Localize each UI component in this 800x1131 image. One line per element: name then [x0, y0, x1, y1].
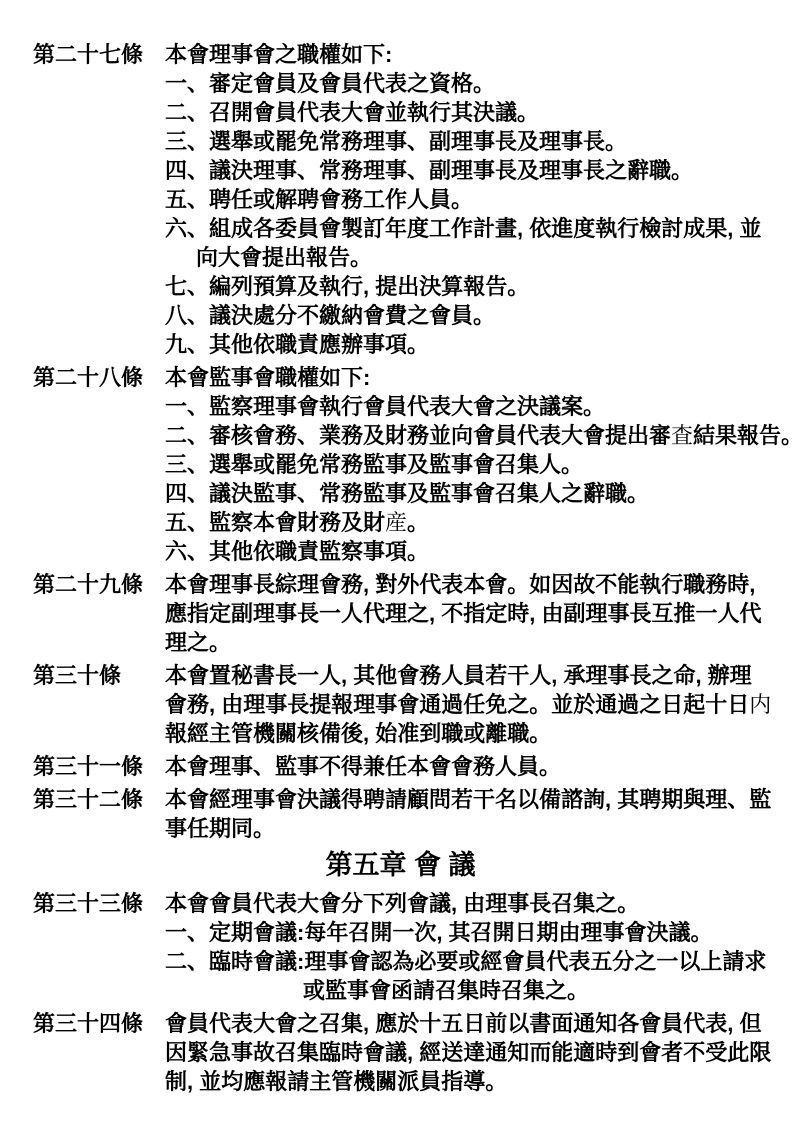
text-line: 本會理事、監事不得兼任本會會務人員。	[165, 752, 792, 781]
article-body: 本會置秘書長一人, 其他會務人員若干人, 承理事長之命, 辦理 會務, 由理事長…	[165, 661, 792, 748]
text-line: 本會理事會之職權如下:	[165, 40, 792, 69]
text-line: 事任期同。	[165, 814, 792, 843]
article-30: 第三十條 本會置秘書長一人, 其他會務人員若干人, 承理事長之命, 辦理 會務,…	[33, 661, 792, 748]
article-label: 第三十條	[33, 661, 165, 748]
article-31: 第三十一條 本會理事、監事不得兼任本會會務人員。	[33, 752, 792, 781]
list-item: 一、審定會員及會員代表之資格。	[165, 69, 792, 98]
list-item: 二、召開會員代表大會並執行其決議。	[165, 98, 792, 127]
article-body: 會員代表大會之召集, 應於十五日前以書面通知各會員代表, 但 因緊急事故召集臨時…	[165, 1009, 792, 1096]
text-segment: 五、監察本會財務及財	[165, 510, 385, 535]
article-body: 本會理事、監事不得兼任本會會務人員。	[165, 752, 792, 781]
list-item: 五、監察本會財務及財産。	[165, 508, 792, 537]
article-label: 第二十八條	[33, 363, 165, 566]
alt-glyph: 内	[749, 692, 771, 717]
list-item: 二、審核會務、業務及財務並向會員代表大會提出審査結果報告。	[165, 421, 792, 450]
text-segment: 二、審核會務、業務及財務並向會員代表大會提出審	[165, 423, 671, 448]
article-27: 第二十七條 本會理事會之職權如下: 一、審定會員及會員代表之資格。 二、召開會員…	[33, 40, 792, 359]
text-line: 本會監事會職權如下:	[165, 363, 792, 392]
list-item: 六、組成各委員會製訂年度工作計畫, 依進度執行檢討成果, 並	[165, 214, 792, 243]
article-label: 第三十一條	[33, 752, 165, 781]
article-34: 第三十四條 會員代表大會之召集, 應於十五日前以書面通知各會員代表, 但 因緊急…	[33, 1009, 792, 1096]
article-label: 第三十四條	[33, 1009, 165, 1096]
article-body: 本會理事長綜理會務, 對外代表本會。如因故不能執行職務時, 應指定副理事長一人代…	[165, 570, 792, 657]
text-segment: 。	[407, 510, 429, 535]
text-line: 會員代表大會之召集, 應於十五日前以書面通知各會員代表, 但	[165, 1009, 792, 1038]
text-segment: 會務, 由理事長提報理事會通過任免之。並於通過之日起十日	[165, 692, 749, 717]
text-line: 因緊急事故召集臨時會議, 經送達通知而能適時到會者不受此限	[165, 1038, 792, 1067]
article-label: 第二十九條	[33, 570, 165, 657]
list-item: 四、議決監事、常務監事及監事會召集人之辭職。	[165, 479, 792, 508]
list-item: 五、聘任或解聘會務工作人員。	[165, 185, 792, 214]
list-item: 八、議決處分不繳納會費之會員。	[165, 301, 792, 330]
article-body: 本會監事會職權如下: 一、監察理事會執行會員代表大會之決議案。 二、審核會務、業…	[165, 363, 792, 566]
list-item: 一、監察理事會執行會員代表大會之決議案。	[165, 392, 792, 421]
list-item: 九、其他依職責應辦事項。	[165, 330, 792, 359]
article-32: 第三十二條 本會經理事會決議得聘請顧問若干名以備諮詢, 其聘期與理、監 事任期同…	[33, 785, 792, 843]
text-line: 報經主管機關核備後, 始准到職或離職。	[165, 719, 792, 748]
article-body: 本會會員代表大會分下列會議, 由理事長召集之。 一、定期會議:每年召開一次, 其…	[165, 889, 792, 1005]
article-body: 本會理事會之職權如下: 一、審定會員及會員代表之資格。 二、召開會員代表大會並執…	[165, 40, 792, 359]
list-item: 二、臨時會議:理事會認為必要或經會員代表五分之一以上請求	[165, 947, 792, 976]
text-line: 理之。	[165, 628, 792, 657]
list-item: 七、編列預算及執行, 提出決算報告。	[165, 272, 792, 301]
alt-glyph: 査	[671, 423, 693, 448]
text-segment: 結果報告。	[693, 423, 800, 448]
list-item: 三、選舉或罷免常務理事、副理事長及理事長。	[165, 127, 792, 156]
text-line: 本會置秘書長一人, 其他會務人員若干人, 承理事長之命, 辦理	[165, 661, 792, 690]
article-28: 第二十八條 本會監事會職權如下: 一、監察理事會執行會員代表大會之決議案。 二、…	[33, 363, 792, 566]
list-item: 一、定期會議:每年召開一次, 其召開日期由理事會決議。	[165, 918, 792, 947]
article-33: 第三十三條 本會會員代表大會分下列會議, 由理事長召集之。 一、定期會議:每年召…	[33, 889, 792, 1005]
alt-glyph: 産	[385, 510, 407, 535]
list-item-continuation: 或監事會函請召集時召集之。	[165, 976, 792, 1005]
article-label: 第三十三條	[33, 889, 165, 1005]
list-item-continuation: 向大會提出報告。	[165, 243, 792, 272]
text-line: 本會會員代表大會分下列會議, 由理事長召集之。	[165, 889, 792, 918]
article-29: 第二十九條 本會理事長綜理會務, 對外代表本會。如因故不能執行職務時, 應指定副…	[33, 570, 792, 657]
chapter-heading: 第五章 會 議	[33, 848, 768, 882]
text-line: 制, 並均應報請主管機關派員指導。	[165, 1067, 792, 1096]
text-line: 本會理事長綜理會務, 對外代表本會。如因故不能執行職務時,	[165, 570, 792, 599]
document-page: 第二十七條 本會理事會之職權如下: 一、審定會員及會員代表之資格。 二、召開會員…	[0, 0, 800, 1131]
article-label: 第二十七條	[33, 40, 165, 359]
text-line: 會務, 由理事長提報理事會通過任免之。並於通過之日起十日内	[165, 690, 792, 719]
article-body: 本會經理事會決議得聘請顧問若干名以備諮詢, 其聘期與理、監 事任期同。	[165, 785, 792, 843]
list-item: 三、選舉或罷免常務監事及監事會召集人。	[165, 450, 792, 479]
list-item: 六、其他依職責監察事項。	[165, 537, 792, 566]
list-item: 四、議決理事、常務理事、副理事長及理事長之辭職。	[165, 156, 792, 185]
article-label: 第三十二條	[33, 785, 165, 843]
text-line: 應指定副理事長一人代理之, 不指定時, 由副理事長互推一人代	[165, 599, 792, 628]
text-line: 本會經理事會決議得聘請顧問若干名以備諮詢, 其聘期與理、監	[165, 785, 792, 814]
